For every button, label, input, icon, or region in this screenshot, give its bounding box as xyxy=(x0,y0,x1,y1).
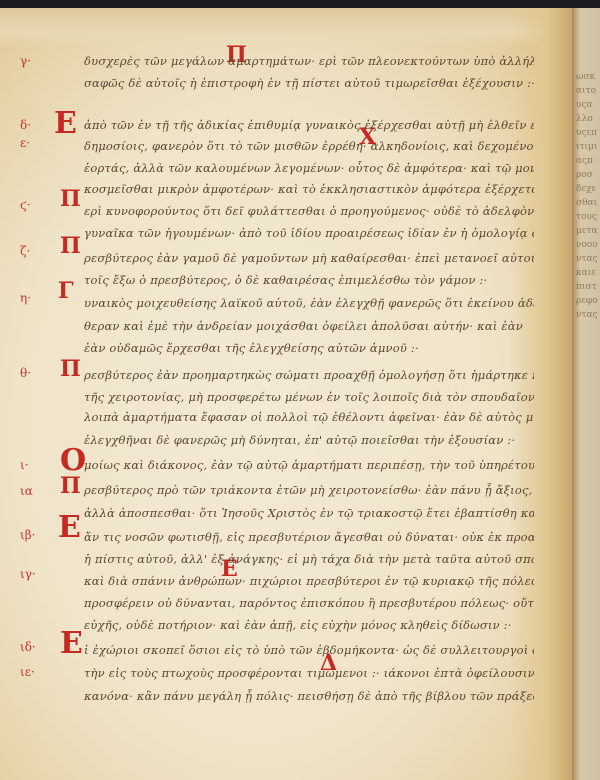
text-line: τὴν εἰς τοὺς πτωχοὺς προσφέρονται τιμώμε… xyxy=(84,666,534,680)
text-line: τῆς χειροτονίας, μὴ προσφερέτω μένων ἐν … xyxy=(84,390,534,404)
text-line: υναικὸς μοιχευθείσης λαϊκοῦ αὐτοῦ, ἐὰν ἐ… xyxy=(84,296,534,310)
text-line: ἑορτάς, ἀλλὰ τῶν καλουμένων λεγομένων· ο… xyxy=(84,161,534,175)
rubric-initial: Ε xyxy=(54,106,77,141)
margin-numeral: ζ· xyxy=(20,244,30,258)
rubric-initial: Π xyxy=(60,233,81,259)
rubric-initial: Ε xyxy=(58,510,81,545)
rubric-initial: Γ xyxy=(58,278,74,304)
text-line: δημοσίοις, φανερὸν ὅτι τὸ τῶν μισθῶν ἐρρ… xyxy=(84,139,534,153)
text-line: ρεσβύτερος πρὸ τῶν τριάκοντα ἐτῶν μὴ χει… xyxy=(84,483,533,497)
margin-numeral: θ· xyxy=(20,366,31,380)
margin-numeral: ια xyxy=(20,484,33,498)
text-line: ἐὰν οὐδαμῶς ἔρχεσθαι τῆς ἐλεγχθείσης αὐτ… xyxy=(84,341,419,355)
text-line: ἡ πίστις αὐτοῦ, ἀλλ' ἐξ ἀνάγκης· εἰ μὴ τ… xyxy=(84,552,534,566)
margin-numeral: ιδ· xyxy=(20,640,36,654)
text-line: ἄν τις νοσῶν φωτισθῇ, εἰς πρεσβυτέριον ἄ… xyxy=(84,530,534,544)
text-line: δυσχερὲς τῶν μεγάλων ἁμαρτημάτων· ερὶ τῶ… xyxy=(84,54,534,68)
margin-numeral: ιγ· xyxy=(20,567,36,581)
text-line: εὐχῆς, οὐδὲ ποτήριον· καὶ ἐὰν ἀπῇ, εἰς ε… xyxy=(84,618,512,632)
water-stain-top xyxy=(0,8,572,48)
margin-numeral: ιε· xyxy=(20,665,35,679)
text-line: προσφέρειν οὐ δύνανται, παρόντος ἐπισκόπ… xyxy=(84,596,534,610)
text-line: κοσμεῖσθαι μικρὸν ἀμφοτέρων· καὶ τὸ ἐκκλ… xyxy=(84,182,534,196)
text-line: ἀπὸ τῶν ἐν τῇ τῆς ἀδικίας ἐπιθυμίᾳ γυναι… xyxy=(84,118,534,132)
margin-numeral: ιβ· xyxy=(20,528,35,542)
text-line: γυναῖκα τῶν ἡγουμένων· ἀπὸ τοῦ ἰδίου προ… xyxy=(84,226,534,240)
text-line: καὶ διὰ σπάνιν ἀνθρώπων· πιχώριοι πρεσβύ… xyxy=(84,574,534,588)
rubric-initial: Π xyxy=(60,186,81,212)
margin-numeral: ε· xyxy=(20,136,30,150)
rubric-initial: Π xyxy=(60,356,81,382)
text-line: μοίως καὶ διάκονος, ἐὰν τῷ αὐτῷ ἁμαρτήμα… xyxy=(84,458,534,472)
text-line: ἀλλὰ ἀποσπεσθαι· ὅτι Ἰησοῦς Χριστὸς ἐν τ… xyxy=(84,506,534,520)
margin-numeral: ϛ· xyxy=(20,198,31,212)
text-line: ρεσβύτερος ἐὰν προημαρτηκὼς σώματι προαχ… xyxy=(84,368,534,382)
text-line: κανόνα· κἂν πάνυ μεγάλη ᾖ πόλις· πεισθήσ… xyxy=(84,689,534,703)
text-line: ἐλεγχθῆναι δὲ φανερῶς μὴ δύνηται, ἐπ' αὐ… xyxy=(84,433,515,447)
text-line: θεραν καὶ ἐμὲ τὴν ἀνδρείαν μοιχάσθαι ὀφε… xyxy=(84,319,523,333)
text-line: ἰ ἐχώριοι σκοπεῖ ὅσιοι εἰς τὸ ὑπὸ τῶν ἑβ… xyxy=(84,643,534,657)
margin-numeral: η· xyxy=(20,291,31,305)
rubric-initial: Ε xyxy=(60,626,83,661)
margin-numeral: δ· xyxy=(20,118,31,132)
margin-numeral: γ· xyxy=(20,54,31,68)
text-line: ρεσβύτερος ἐὰν γαμοῦ δὲ γαμοῦντων μὴ καθ… xyxy=(84,251,534,265)
margin-numeral: ι· xyxy=(20,458,29,472)
rubric-initial: Π xyxy=(60,473,81,499)
text-line: ερὶ κυνοφορούντος ὅτι δεῖ φυλάττεσθαι ὁ … xyxy=(84,204,534,218)
text-line: σαφῶς δὲ αὐτοῖς ἡ ἐπιστροφὴ ἐν τῇ πίστει… xyxy=(84,76,534,90)
facing-page-text: ωσκαιτουςαλλουςεπιτιμιαςπροσδεχεσθαιτους… xyxy=(576,70,598,750)
text-line: τοῖς ἔξω ὁ πρεσβύτερος, ὁ δὲ καθαιρέσας … xyxy=(84,273,487,287)
text-line: λοιπὰ ἁμαρτήματα ἔφασαν οἱ πολλοὶ τῷ ἐθέ… xyxy=(84,410,534,424)
